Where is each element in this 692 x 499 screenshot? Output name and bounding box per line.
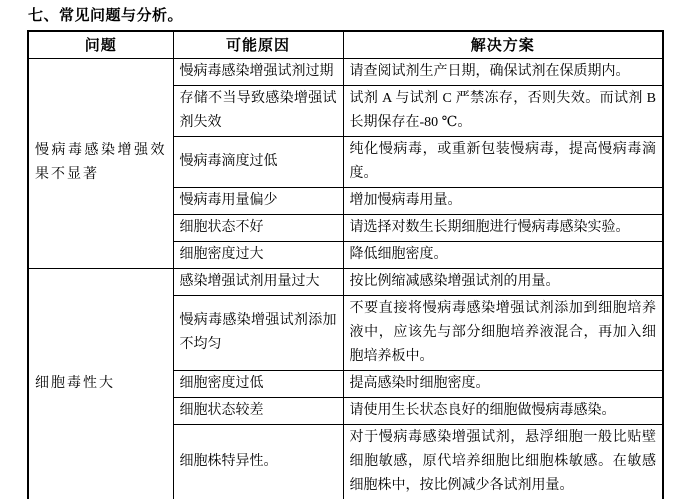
table-row: 慢病毒感染增强效果不显著 慢病毒感染增强试剂过期 请查阅试剂生产日期，确保试剂在…: [28, 58, 663, 85]
cause-cell: 慢病毒用量偏少: [173, 187, 343, 214]
troubleshooting-table: 问题 可能原因 解决方案 慢病毒感染增强效果不显著 慢病毒感染增强试剂过期 请查…: [27, 30, 664, 499]
page-title: 七、常见问题与分析。: [28, 6, 692, 26]
document-page: 七、常见问题与分析。 问题 可能原因 解决方案 慢病毒感染增强效果不显著 慢病毒…: [0, 0, 692, 499]
cause-cell: 细胞状态不好: [173, 214, 343, 241]
problem-cell: 慢病毒感染增强效果不显著: [28, 58, 173, 268]
cause-cell: 慢病毒滴度过低: [173, 136, 343, 187]
column-header-cause: 可能原因: [173, 31, 343, 58]
cause-cell: 慢病毒感染增强试剂过期: [173, 58, 343, 85]
solution-cell: 不要直接将慢病毒感染增强试剂添加到细胞培养液中，应该先与部分细胞培养液混合，再加…: [343, 295, 663, 370]
table-row: 细胞毒性大 感染增强试剂用量过大 按比例缩减感染增强试剂的用量。: [28, 268, 663, 295]
solution-cell: 降低细胞密度。: [343, 241, 663, 268]
problem-cell: 细胞毒性大: [28, 268, 173, 499]
cause-cell: 细胞密度过大: [173, 241, 343, 268]
table-header-row: 问题 可能原因 解决方案: [28, 31, 663, 58]
column-header-problem: 问题: [28, 31, 173, 58]
cause-cell: 细胞状态较差: [173, 397, 343, 424]
solution-cell: 请查阅试剂生产日期，确保试剂在保质期内。: [343, 58, 663, 85]
cause-cell: 细胞密度过低: [173, 370, 343, 397]
column-header-solution: 解决方案: [343, 31, 663, 58]
cause-cell: 感染增强试剂用量过大: [173, 268, 343, 295]
solution-cell: 提高感染时细胞密度。: [343, 370, 663, 397]
solution-cell: 试剂 A 与试剂 C 严禁冻存，否则失效。而试剂 B 长期保存在-80 ℃。: [343, 85, 663, 136]
cause-cell: 细胞株特异性。: [173, 424, 343, 499]
solution-cell: 增加慢病毒用量。: [343, 187, 663, 214]
solution-cell: 对于慢病毒感染增强试剂，悬浮细胞一般比贴壁细胞敏感，原代培养细胞比细胞株敏感。在…: [343, 424, 663, 499]
solution-cell: 按比例缩减感染增强试剂的用量。: [343, 268, 663, 295]
solution-cell: 请选择对数生长期细胞进行慢病毒感染实验。: [343, 214, 663, 241]
cause-cell: 存储不当导致感染增强试剂失效: [173, 85, 343, 136]
solution-cell: 请使用生长状态良好的细胞做慢病毒感染。: [343, 397, 663, 424]
cause-cell: 慢病毒感染增强试剂添加不均匀: [173, 295, 343, 370]
solution-cell: 纯化慢病毒，或重新包装慢病毒，提高慢病毒滴度。: [343, 136, 663, 187]
